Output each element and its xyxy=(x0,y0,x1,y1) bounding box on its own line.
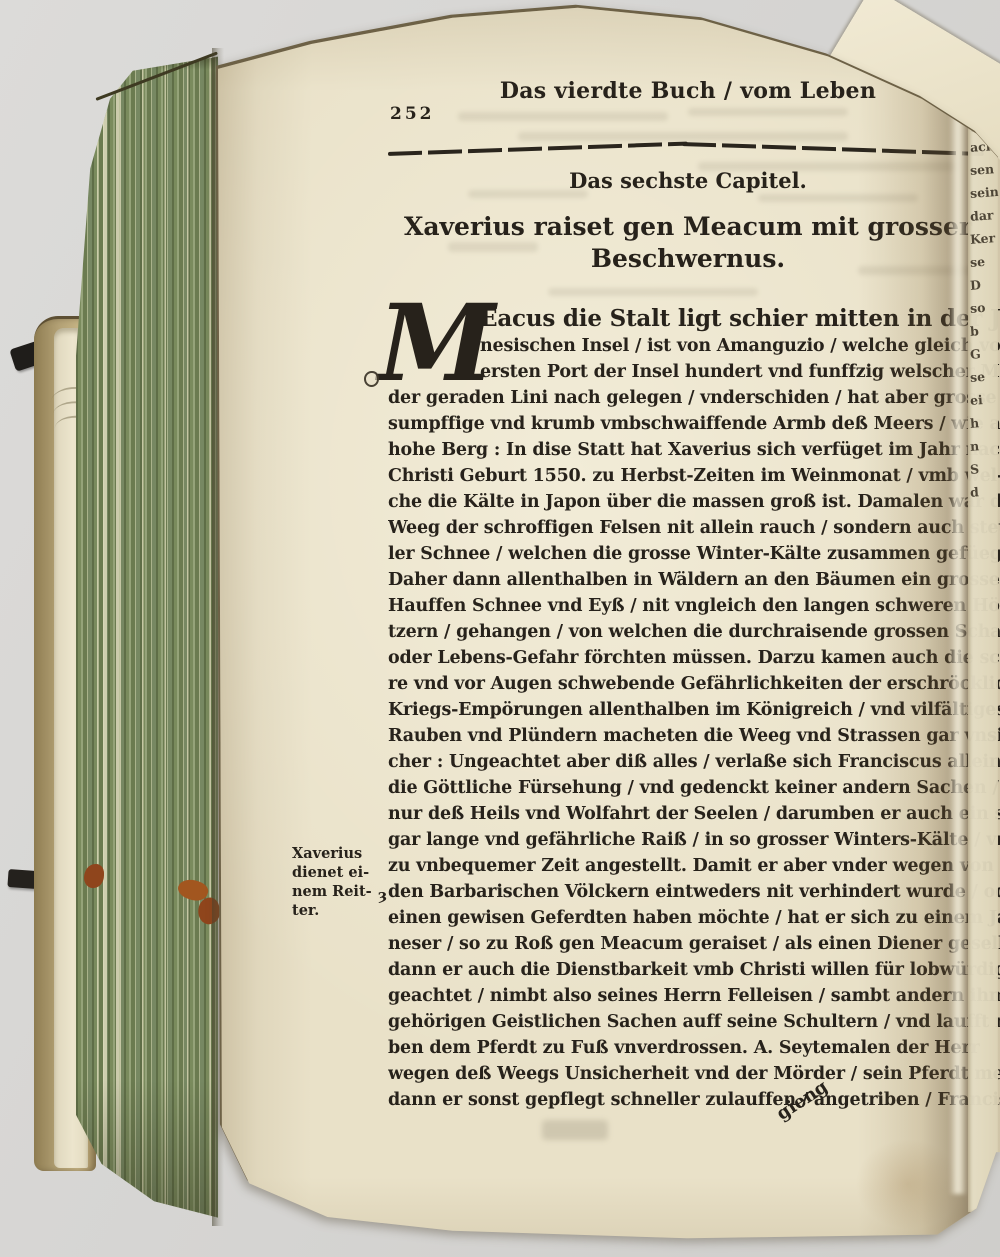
ghost-pagenumber-smudge xyxy=(542,1120,608,1140)
edge-fragment: se xyxy=(967,249,999,274)
show-through-smudge xyxy=(518,132,848,141)
show-through-smudge xyxy=(688,108,848,116)
edge-fragment: S xyxy=(967,456,999,481)
edge-fragment: Ker xyxy=(967,226,999,251)
edge-fragment: dar xyxy=(967,203,999,228)
wormhole-mark xyxy=(364,371,379,387)
edge-fragment: ei xyxy=(967,387,999,412)
edge-fragment: d xyxy=(967,479,999,504)
edge-fragment: sein xyxy=(967,180,999,205)
margin-note-mark: ȝ xyxy=(378,886,387,904)
edge-fragment: sen xyxy=(967,157,999,182)
show-through-smudge xyxy=(458,112,668,121)
edge-fragment: h xyxy=(967,410,999,435)
edge-fragment: ach xyxy=(967,134,999,159)
next-page-edge-strip: gien ach sen sein dar Ker se D so b G se… xyxy=(968,112,998,1212)
edge-fragment: G xyxy=(967,341,999,366)
show-through-smudge xyxy=(548,288,758,296)
margin-note-line: ter. xyxy=(292,901,384,920)
edge-fragment: D xyxy=(967,272,999,297)
book-photo-scene: Das vierdte Buch / vom Leben 252 Das sec… xyxy=(0,0,1000,1257)
header-rule xyxy=(388,142,688,156)
main-page: Das vierdte Buch / vom Leben 252 Das sec… xyxy=(218,4,1000,1252)
page-number: 252 xyxy=(390,104,435,124)
edge-fragment: gien xyxy=(967,111,999,136)
main-page-wrap: Das vierdte Buch / vom Leben 252 Das sec… xyxy=(0,0,1000,1257)
margin-note-line: Xaverius xyxy=(292,844,384,863)
edge-fragment: so xyxy=(967,295,999,320)
margin-note: Xaverius dienet ei- nem Reit- ter. xyxy=(292,844,384,920)
edge-fragment: se xyxy=(967,364,999,389)
edge-fragment: n xyxy=(967,433,999,458)
edge-fragment: b xyxy=(967,318,999,343)
margin-note-line: nem Reit- xyxy=(292,882,384,901)
page-curl-highlight xyxy=(950,44,966,1194)
margin-note-line: dienet ei- xyxy=(292,863,384,882)
